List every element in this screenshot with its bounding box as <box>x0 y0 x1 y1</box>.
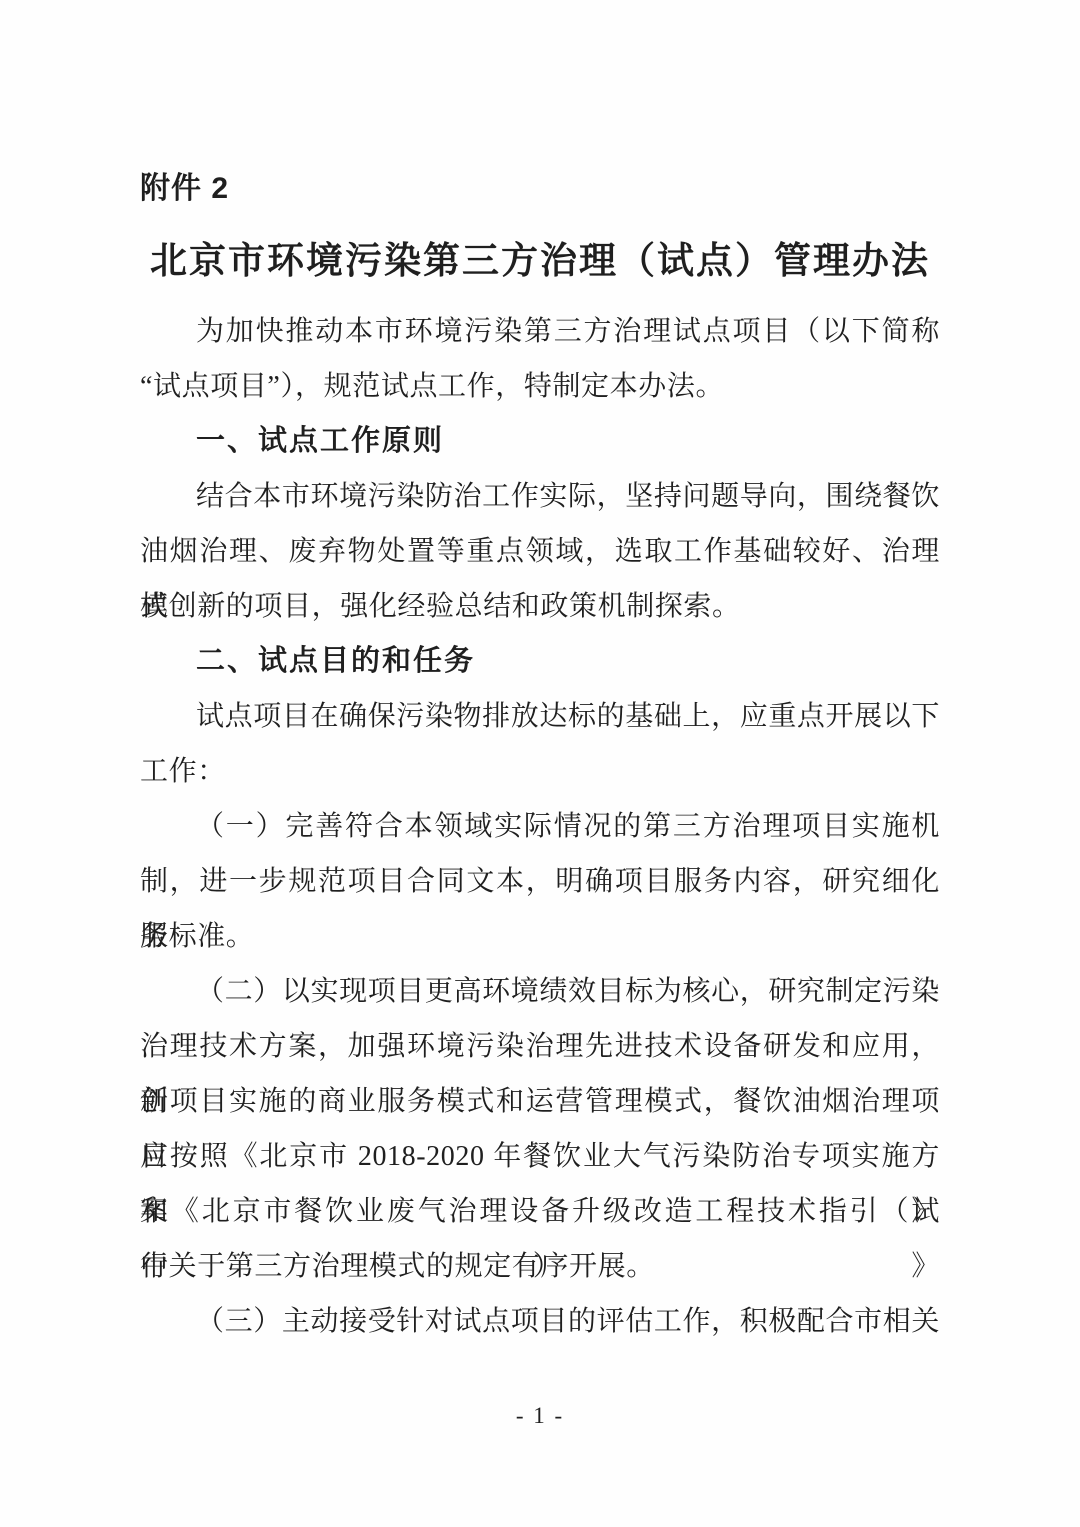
section-heading-2: 二、试点目的和任务 <box>140 634 940 689</box>
document-title: 北京市环境污染第三方治理（试点）管理办法 <box>0 230 1080 284</box>
document-page: 附件 2 北京市环境污染第三方治理（试点）管理办法 为加快推动本市环境污染第三方… <box>0 0 1080 1527</box>
text-line: “试点项目”），规范试点工作，特制定本办法。 <box>140 359 940 414</box>
document-body: 为加快推动本市环境污染第三方治理试点项目（以下简称 “试点项目”），规范试点工作… <box>140 304 940 1349</box>
text-line: 式创新的项目，强化经验总结和政策机制探索。 <box>140 579 940 634</box>
text-line: 结合本市环境污染防治工作实际，坚持问题导向，围绕餐饮 <box>140 469 940 524</box>
section-heading-1: 一、试点工作原则 <box>140 414 940 469</box>
text-line: 试点项目在确保污染物排放达标的基础上，应重点开展以下 <box>140 689 940 744</box>
text-line: （三）主动接受针对试点项目的评估工作，积极配合市相关 <box>140 1294 940 1349</box>
page-number: - 1 - <box>0 1403 1080 1429</box>
attachment-label: 附件 2 <box>140 163 229 207</box>
text-line: 新项目实施的商业服务模式和运营管理模式，餐饮油烟治理项目 <box>140 1074 940 1129</box>
text-line: 应按照《北京市 2018-2020 年餐饮业大气污染防治专项实施方案》 <box>140 1129 940 1184</box>
text-line: （一）完善符合本领域实际情况的第三方治理项目实施机 <box>140 799 940 854</box>
text-line: 制，进一步规范项目合同文本，明确项目服务内容，研究细化服 <box>140 854 940 909</box>
text-line: 务标准。 <box>140 909 940 964</box>
text-line: 治理技术方案，加强环境污染治理先进技术设备研发和应用，创 <box>140 1019 940 1074</box>
text-line: 为加快推动本市环境污染第三方治理试点项目（以下简称 <box>140 304 940 359</box>
text-line: 工作： <box>140 744 940 799</box>
text-line: （二）以实现项目更高环境绩效目标为核心，研究制定污染 <box>140 964 940 1019</box>
text-line: 油烟治理、废弃物处置等重点领域，选取工作基础较好、治理模 <box>140 524 940 579</box>
text-line: 和《北京市餐饮业废气治理设备升级改造工程技术指引（试行）》 <box>140 1184 940 1239</box>
